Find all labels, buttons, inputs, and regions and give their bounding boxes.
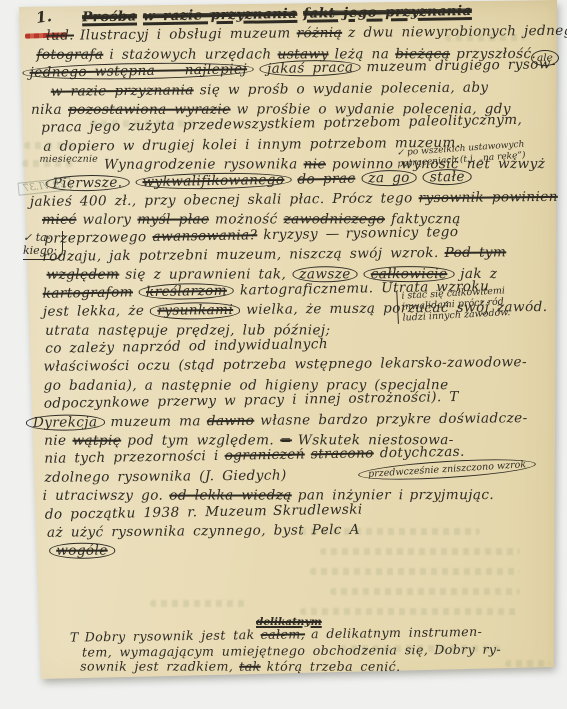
text-segment: wątpię xyxy=(72,433,121,449)
text-segment: Pod tym xyxy=(445,244,507,261)
text-segment: do początku 1938 r. Muzeum xyxy=(45,503,267,523)
text-segment: za go xyxy=(361,169,417,186)
text-segment: kartografom xyxy=(43,284,134,301)
text-segment: w razie przyznania xyxy=(51,82,194,99)
margin-note-line: ✓ ta- xyxy=(23,231,57,244)
text-segment: zdolnego rysownika (J. Giedych) xyxy=(44,467,286,485)
text-segment: Wynagrodzenie rysownika xyxy=(104,157,298,173)
text-segment: muzeum drugiego rysow- xyxy=(366,56,556,75)
bleed-squiggle xyxy=(300,608,520,615)
manuscript-line: sownik jest rzadkiem,takktórą trzeba cen… xyxy=(80,659,538,674)
text-segment: którą trzeba cenić. xyxy=(267,659,401,674)
text-segment: różnią xyxy=(297,25,343,41)
text-segment: całem, xyxy=(261,626,306,642)
manuscript-text-block: Prośbaw razie przyznaniafakt jego przyzn… xyxy=(22,5,561,562)
left-margin-note: ✓ ta- kiego: xyxy=(23,231,63,260)
text-segment: stracono xyxy=(311,446,374,463)
text-segment: jakaś praca xyxy=(260,60,361,78)
text-segment: Prośba xyxy=(82,9,137,26)
text-segment: rysunkami xyxy=(150,302,240,319)
circled-word-ale: ale xyxy=(531,50,559,66)
text-segment: nia tych przezorności i xyxy=(44,448,219,467)
text-segment: Skrudlewski xyxy=(273,501,363,518)
text-segment: myśl płac xyxy=(137,212,209,228)
text-segment: Dyrekcja xyxy=(26,414,105,431)
bleed-squiggle xyxy=(150,600,245,607)
text-segment: dotychczas. xyxy=(380,444,465,461)
text-segment: miesięcznie xyxy=(39,154,98,165)
text-segment: własne bardzo przykre doświadcze- xyxy=(260,410,527,429)
text-segment: z dwu niewyrobionych jednego xyxy=(348,23,567,41)
scanned-manuscript-page: { "page": { "number": "1.", "colors": { … xyxy=(0,0,567,709)
text-segment: pozostawiona wyrazie xyxy=(68,102,231,118)
text-segment: dawno xyxy=(207,412,255,428)
manuscript-line: tem, wymagającym umiejętnego obchodzenia… xyxy=(82,641,538,659)
text-segment: wykwalifikowanego xyxy=(135,171,291,190)
text-segment: awansowania? xyxy=(152,227,257,245)
text-segment: ograniczeń xyxy=(225,447,305,464)
manuscript-line: w razie przyznaniasię w prośb o wydanie … xyxy=(51,78,557,101)
text-segment: Dobry rysownik jest tak xyxy=(85,627,255,644)
text-segment: muzeum ma xyxy=(110,413,201,430)
text-segment: się w prośb o wydanie polecenia, aby xyxy=(200,79,489,98)
text-segment: Dobry ry- xyxy=(434,641,501,656)
text-segment: od lekka wiedzą xyxy=(169,488,292,504)
text-segment: pod tym względem. xyxy=(127,432,274,448)
text-segment: względem xyxy=(47,267,120,283)
text-segment: T xyxy=(70,630,79,645)
text-segment: możność xyxy=(215,212,278,228)
text-segment: kreślarzom xyxy=(139,283,234,301)
text-segment: nie xyxy=(44,433,66,449)
bleed-squiggle xyxy=(330,588,520,595)
text-segment: w razie przyznania xyxy=(143,6,298,25)
text-segment: nie xyxy=(304,156,326,172)
text-segment: aż użyć rysownika czynnego, byst Pelc A xyxy=(47,522,360,541)
text-segment: mieć xyxy=(42,212,77,228)
margin-note-line: kiego: xyxy=(23,244,57,257)
bleed-squiggle xyxy=(310,568,520,575)
manuscript-line: wogóle xyxy=(49,542,561,561)
text-segment: nika xyxy=(31,102,62,118)
text-segment: wogóle xyxy=(49,543,115,559)
text-segment: fotografa xyxy=(36,47,103,63)
text-segment: i utraciwszy go. xyxy=(43,488,164,504)
text-segment: i stażowych urzędach xyxy=(109,46,271,62)
footer-paragraph: TDobry rysownik jest takcałem,a delikatn… xyxy=(68,626,538,673)
text-segment: tak xyxy=(239,659,260,674)
text-segment: lud. xyxy=(46,28,74,44)
text-segment: rysownik powinien xyxy=(419,189,558,206)
text-segment: kryzysy — xyxy=(263,226,340,243)
text-segment: jest lekka, że xyxy=(43,303,145,320)
text-segment: a delikatnym instrumen- xyxy=(311,624,482,641)
text-segment: się z uprawnieni tak, xyxy=(125,267,286,283)
text-segment: stałe xyxy=(423,168,472,185)
text-segment: rysownicy tego xyxy=(346,224,459,242)
bracketed-side-note: i stać się całkowitemi inwalidami prócz … xyxy=(396,285,510,324)
text-segment: Ilustracyj i obsługi muzeum xyxy=(80,26,291,44)
text-segment: sownik jest rzadkiem, xyxy=(80,659,233,674)
text-segment: tem, wymagającym umiejętnego obchodzenia… xyxy=(82,642,428,659)
text-segment: fakt jego przyznania xyxy=(303,3,472,22)
text-segment: walory xyxy=(83,212,132,228)
text-segment: do prac xyxy=(297,170,355,187)
text-segment: jednego wstępna — najlepiej xyxy=(22,61,254,81)
text-segment: co zależy naprzód od indywidualnych xyxy=(45,336,328,357)
